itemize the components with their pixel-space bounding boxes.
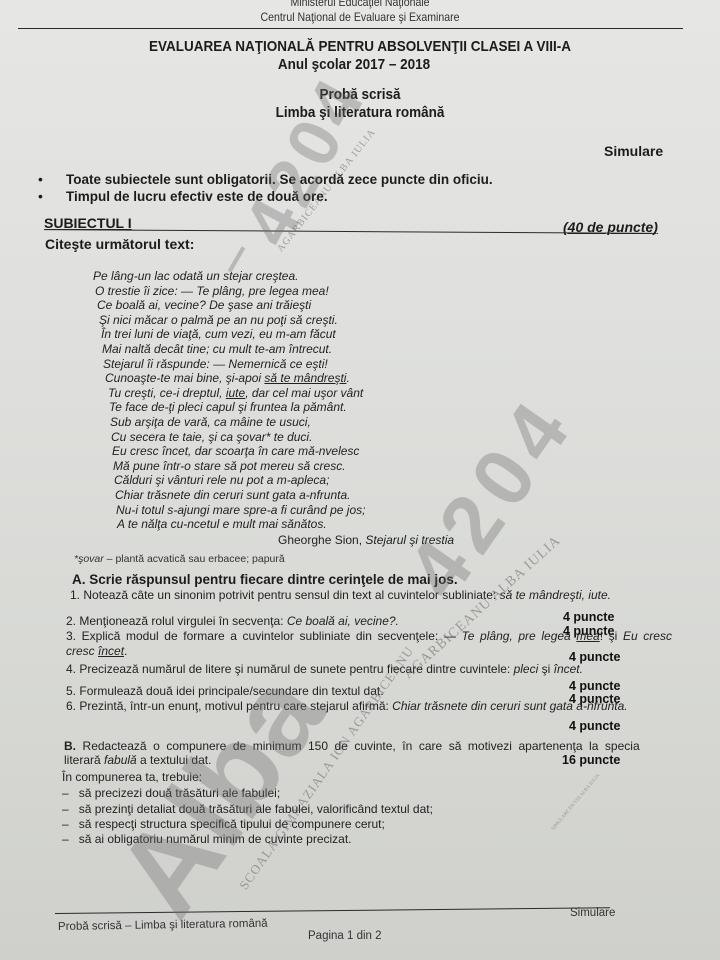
poem-line: Stejarul îi răspunde: — Nemernică ce eşt… <box>103 357 328 371</box>
question-1: 1. Notează câte un sinonim potrivit pent… <box>70 588 611 602</box>
author-name: Gheorghe Sion, <box>278 533 365 547</box>
question-3-continued: Eu cresc cresc încet. <box>66 644 127 658</box>
punctuation: . <box>124 644 127 658</box>
poem-line: Chiar trăsnete din ceruri sunt gata a-nf… <box>115 488 350 502</box>
dash: – <box>62 786 69 800</box>
question-number: 4. <box>66 662 76 676</box>
dash: – <box>62 832 69 846</box>
underlined-word: încet <box>98 644 124 658</box>
poem-line: Cu secera te taie, şi ca şovar* te duci. <box>111 430 312 444</box>
question-quote: Eu cresc <box>623 629 672 643</box>
part-b-text: literară <box>64 753 104 767</box>
poem-line: Şi nici măcar o palmă pe an nu poţi să c… <box>99 313 338 327</box>
question-quote: pleci <box>514 662 539 676</box>
poem-line-text: , dar cel mai uşor vânt <box>245 386 363 400</box>
bullet-icon: • <box>38 188 43 204</box>
part-b-points: 16 puncte <box>562 753 620 767</box>
poem-line: Călduri şi vânturi rele nu pot a m-aplec… <box>114 473 329 487</box>
question-quote: Chiar trăsnete din ceruri sunt gata a-nf… <box>392 699 627 713</box>
footnote: *şovar – plantă acvatică sau erbacee; pa… <box>74 553 285 565</box>
poem-line: Ce boală ai, vecine? De şase ani trăieşt… <box>97 298 311 312</box>
ministry-name: Ministerul Educaţiei Naţionale <box>43 0 677 9</box>
simulation-label: Simulare <box>604 143 663 159</box>
punctuation: . <box>346 371 349 385</box>
footer-rule <box>55 907 610 914</box>
underlined-word: să te mândreşti <box>264 371 346 385</box>
reading-prompt: Citeşte următorul text: <box>45 236 194 252</box>
question-quote: încet. <box>554 662 583 676</box>
question-number: 2. <box>66 614 76 628</box>
dash: – <box>62 802 69 816</box>
footnote-definition: – plantă acvatică sau erbacee; papură <box>104 553 285 565</box>
question-number: 3. <box>66 629 76 643</box>
question-quote: să te mândreşti, iute. <box>500 588 611 602</box>
question-6: 6. Prezintă, într-un enunţ, motivul pent… <box>66 699 628 713</box>
underlined-word: mea <box>576 629 599 643</box>
genre-term: fabulă <box>104 753 137 767</box>
question-3: 3. Explică modul de formare a cuvintelor… <box>66 629 672 643</box>
poem-line: Tu creşti, ce-i dreptul, iute, dar cel m… <box>108 386 363 400</box>
poem-line: Cunoaşte-te mai bine, şi-apoi să te mând… <box>105 371 350 385</box>
page-number: Pagina 1 din 2 <box>308 930 382 942</box>
watermark-code-mid: 4204 <box>389 379 594 615</box>
poem-line: Eu cresc încet, dar scoarţa în care mă-n… <box>112 444 359 458</box>
bullet-icon: • <box>38 171 43 187</box>
question-2: 2. Menţionează rolul virgulei în secvenţ… <box>66 614 399 628</box>
question-number: 6. <box>66 699 76 713</box>
poem-line: A te nălţa cu-ncetul e mult mai sănătos. <box>117 517 327 531</box>
header-rule <box>18 28 683 29</box>
question-text: ! şi <box>600 629 623 643</box>
question-quote: Te plâng, pre legea <box>462 629 577 643</box>
poem-line: Te face de-ţi pleci capul şi fruntea la … <box>109 400 347 414</box>
watermark-text: SIMULARE EN VIII ALBA IULIA <box>551 773 601 832</box>
watermark-tiny: SIMULARE EN VIII ALBA IULIA <box>551 773 601 832</box>
exam-page: Ministerul Educaţiei Naţionale Centrul N… <box>0 0 720 960</box>
question-quote: Ce boală ai, vecine?. <box>287 614 399 628</box>
underlined-word: iute <box>226 386 245 400</box>
poem-line-text: Tu creşti, ce-i dreptul, <box>108 386 226 400</box>
poem-line: Mă pune într-o stare să pot mereu să cre… <box>113 459 346 473</box>
exam-title: EVALUAREA NAŢIONALĂ PENTRU ABSOLVENŢII C… <box>36 38 684 55</box>
question-6-points: 4 puncte <box>569 719 620 733</box>
poem-line: În trei luni de viaţă, cum vezi, eu m-am… <box>101 327 336 341</box>
question-text: şi <box>538 662 553 676</box>
question-text: Explică modul de formare a cuvintelor su… <box>82 629 462 643</box>
question-1-points: 4 puncte <box>563 610 614 624</box>
footer-right: Simulare <box>570 907 615 919</box>
question-text: Menţionează rolul virgulei în secvenţa: <box>79 614 286 628</box>
poem-line: Pe lâng-un lac odată un stejar creştea. <box>93 269 298 283</box>
question-4: 4. Precizează numărul de litere şi număr… <box>66 662 583 676</box>
poem-line: Nu-i totul s-ajungi mare spre-a fi curân… <box>116 503 365 517</box>
poem-line-text: Cunoaşte-te mai bine, şi-apoi <box>105 371 264 385</box>
part-b-text: Redactează o compunere de minimum 150 de… <box>76 739 640 753</box>
footnote-term: *şovar <box>74 553 104 565</box>
center-name: Centrul Naţional de Evaluare şi Examinar… <box>43 10 677 24</box>
poem-line: Mai naltă decât tine; cu mult te-am într… <box>102 342 332 356</box>
watermark-text: 4204 <box>390 380 592 614</box>
poem-line: O trestie îi zice: — Te plâng, pre legea… <box>95 284 329 298</box>
poem-line: Sub arşiţa de vară, ca mâine te usuci, <box>110 415 311 429</box>
dash: – <box>62 817 69 831</box>
question-number: 1. <box>70 588 80 602</box>
school-year: Anul şcolar 2017 – 2018 <box>30 56 678 73</box>
part-a-heading: A. Scrie răspunsul pentru fiecare dintre… <box>72 572 458 587</box>
question-number: 5. <box>66 684 76 698</box>
part-b-label: B. <box>64 739 76 753</box>
question-4-points: 4 puncte <box>569 679 620 693</box>
footer-left: Probă scrisă – Limba şi literatura român… <box>58 918 268 933</box>
question-text: Precizează numărul de litere şi numărul … <box>79 662 513 676</box>
